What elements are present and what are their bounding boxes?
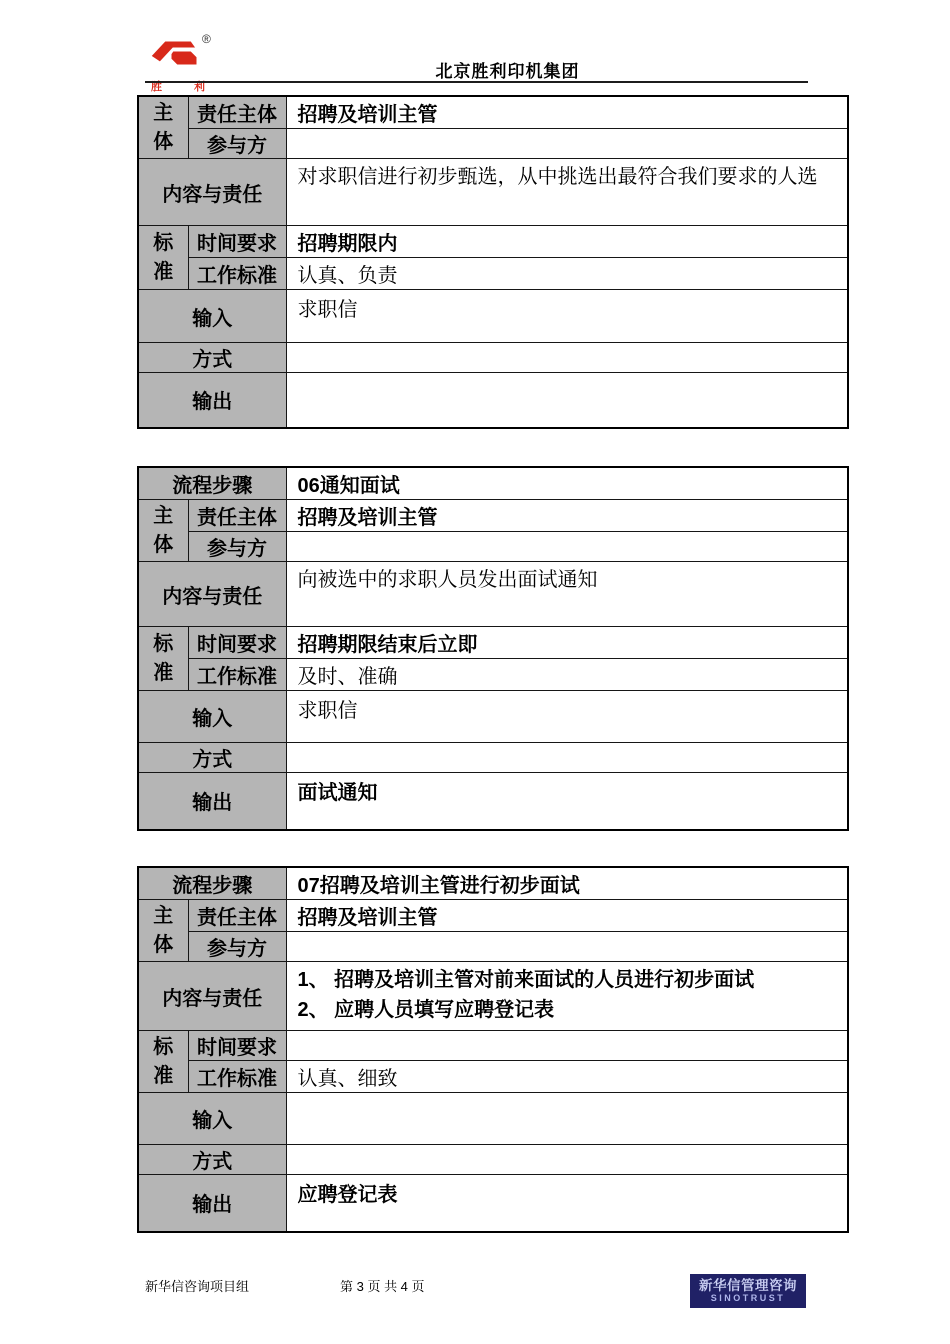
work-standard-header: 工作标准	[188, 659, 286, 691]
participant-value	[286, 129, 848, 159]
time-header: 时间要求	[188, 226, 286, 258]
work-standard-value: 认真、细致	[286, 1061, 848, 1093]
output-value: 应聘登记表	[286, 1175, 848, 1232]
step-header: 流程步骤	[138, 467, 286, 500]
content-value: 1、 招聘及培训主管对前来面试的人员进行初步面试 2、 应聘人员填写应聘登记表	[286, 962, 848, 1031]
sinotrust-logo: 新华信管理咨询 SINOTRUST	[690, 1274, 806, 1308]
output-header: 输出	[138, 373, 286, 428]
step-value: 07招聘及培训主管进行初步面试	[286, 867, 848, 900]
sinotrust-logo-chinese: 新华信管理咨询	[690, 1278, 806, 1293]
content-header: 内容与责任	[138, 562, 286, 627]
content-value: 对求职信进行初步甄选，从中挑选出最符合我们要求的人选	[286, 159, 848, 226]
input-header: 输入	[138, 1093, 286, 1145]
time-value: 招聘期限内	[286, 226, 848, 258]
responsible-header: 责任主体	[188, 96, 286, 129]
input-value: 求职信	[286, 290, 848, 343]
participant-header: 参与方	[188, 532, 286, 562]
registered-mark: ®	[202, 32, 211, 46]
work-standard-value: 认真、负责	[286, 258, 848, 290]
input-header: 输入	[138, 290, 286, 343]
work-standard-value: 及时、准确	[286, 659, 848, 691]
method-header: 方式	[138, 743, 286, 773]
sinotrust-logo-english: SINOTRUST	[690, 1293, 806, 1304]
time-header: 时间要求	[188, 627, 286, 659]
method-value	[286, 343, 848, 373]
header-underline	[145, 81, 808, 83]
time-value: 招聘期限结束后立即	[286, 627, 848, 659]
responsible-value: 招聘及培训主管	[286, 900, 848, 932]
content-line-2: 2、 应聘人员填写应聘登记表	[298, 995, 837, 1025]
standard-header: 标准	[138, 226, 188, 290]
method-value	[286, 1145, 848, 1175]
output-header: 输出	[138, 1175, 286, 1232]
responsible-header: 责任主体	[188, 500, 286, 532]
responsible-value: 招聘及培训主管	[286, 500, 848, 532]
work-standard-header: 工作标准	[188, 1061, 286, 1093]
subject-header: 主体	[138, 96, 188, 159]
content-header: 内容与责任	[138, 159, 286, 226]
input-value	[286, 1093, 848, 1145]
participant-header: 参与方	[188, 129, 286, 159]
shengli-logo-icon	[149, 36, 207, 72]
input-header: 输入	[138, 691, 286, 743]
output-value: 面试通知	[286, 773, 848, 830]
content-value: 向被选中的求职人员发出面试通知	[286, 562, 848, 627]
step-header: 流程步骤	[138, 867, 286, 900]
content-header: 内容与责任	[138, 962, 286, 1031]
step-value: 06通知面试	[286, 467, 848, 500]
footer-page-number: 第 3 页 共 4 页	[340, 1276, 425, 1295]
method-header: 方式	[138, 343, 286, 373]
footer-project-team: 新华信咨询项目组	[145, 1276, 249, 1295]
process-step-table-05-continued: 主体 责任主体 招聘及培训主管 参与方 内容与责任 对求职信进行初步甄选，从中挑…	[137, 95, 849, 429]
content-line: 向被选中的求职人员发出面试通知	[298, 565, 837, 595]
method-value	[286, 743, 848, 773]
content-line: 对求职信进行初步甄选，从中挑选出最符合我们要求的人选	[298, 162, 837, 192]
document-page: ® 胜 利 北京胜利印机集团 主体 责任主体 招聘及培训主管 参与方 内容与责任…	[0, 0, 950, 1344]
time-value	[286, 1031, 848, 1061]
responsible-header: 责任主体	[188, 900, 286, 932]
participant-header: 参与方	[188, 932, 286, 962]
participant-value	[286, 932, 848, 962]
method-header: 方式	[138, 1145, 286, 1175]
content-line-1: 1、 招聘及培训主管对前来面试的人员进行初步面试	[298, 965, 837, 995]
subject-header: 主体	[138, 900, 188, 962]
process-step-table-06: 流程步骤 06通知面试 主体 责任主体 招聘及培训主管 参与方 内容与责任 向被…	[137, 466, 849, 831]
output-value	[286, 373, 848, 428]
subject-header: 主体	[138, 500, 188, 562]
input-value: 求职信	[286, 691, 848, 743]
process-step-table-07: 流程步骤 07招聘及培训主管进行初步面试 主体 责任主体 招聘及培训主管 参与方…	[137, 866, 849, 1233]
output-header: 输出	[138, 773, 286, 830]
work-standard-header: 工作标准	[188, 258, 286, 290]
page-title: 北京胜利印机集团	[375, 57, 640, 82]
standard-header: 标准	[138, 1031, 188, 1093]
participant-value	[286, 532, 848, 562]
standard-header: 标准	[138, 627, 188, 691]
responsible-value: 招聘及培训主管	[286, 96, 848, 129]
company-logo: ® 胜 利	[149, 36, 221, 94]
time-header: 时间要求	[188, 1031, 286, 1061]
